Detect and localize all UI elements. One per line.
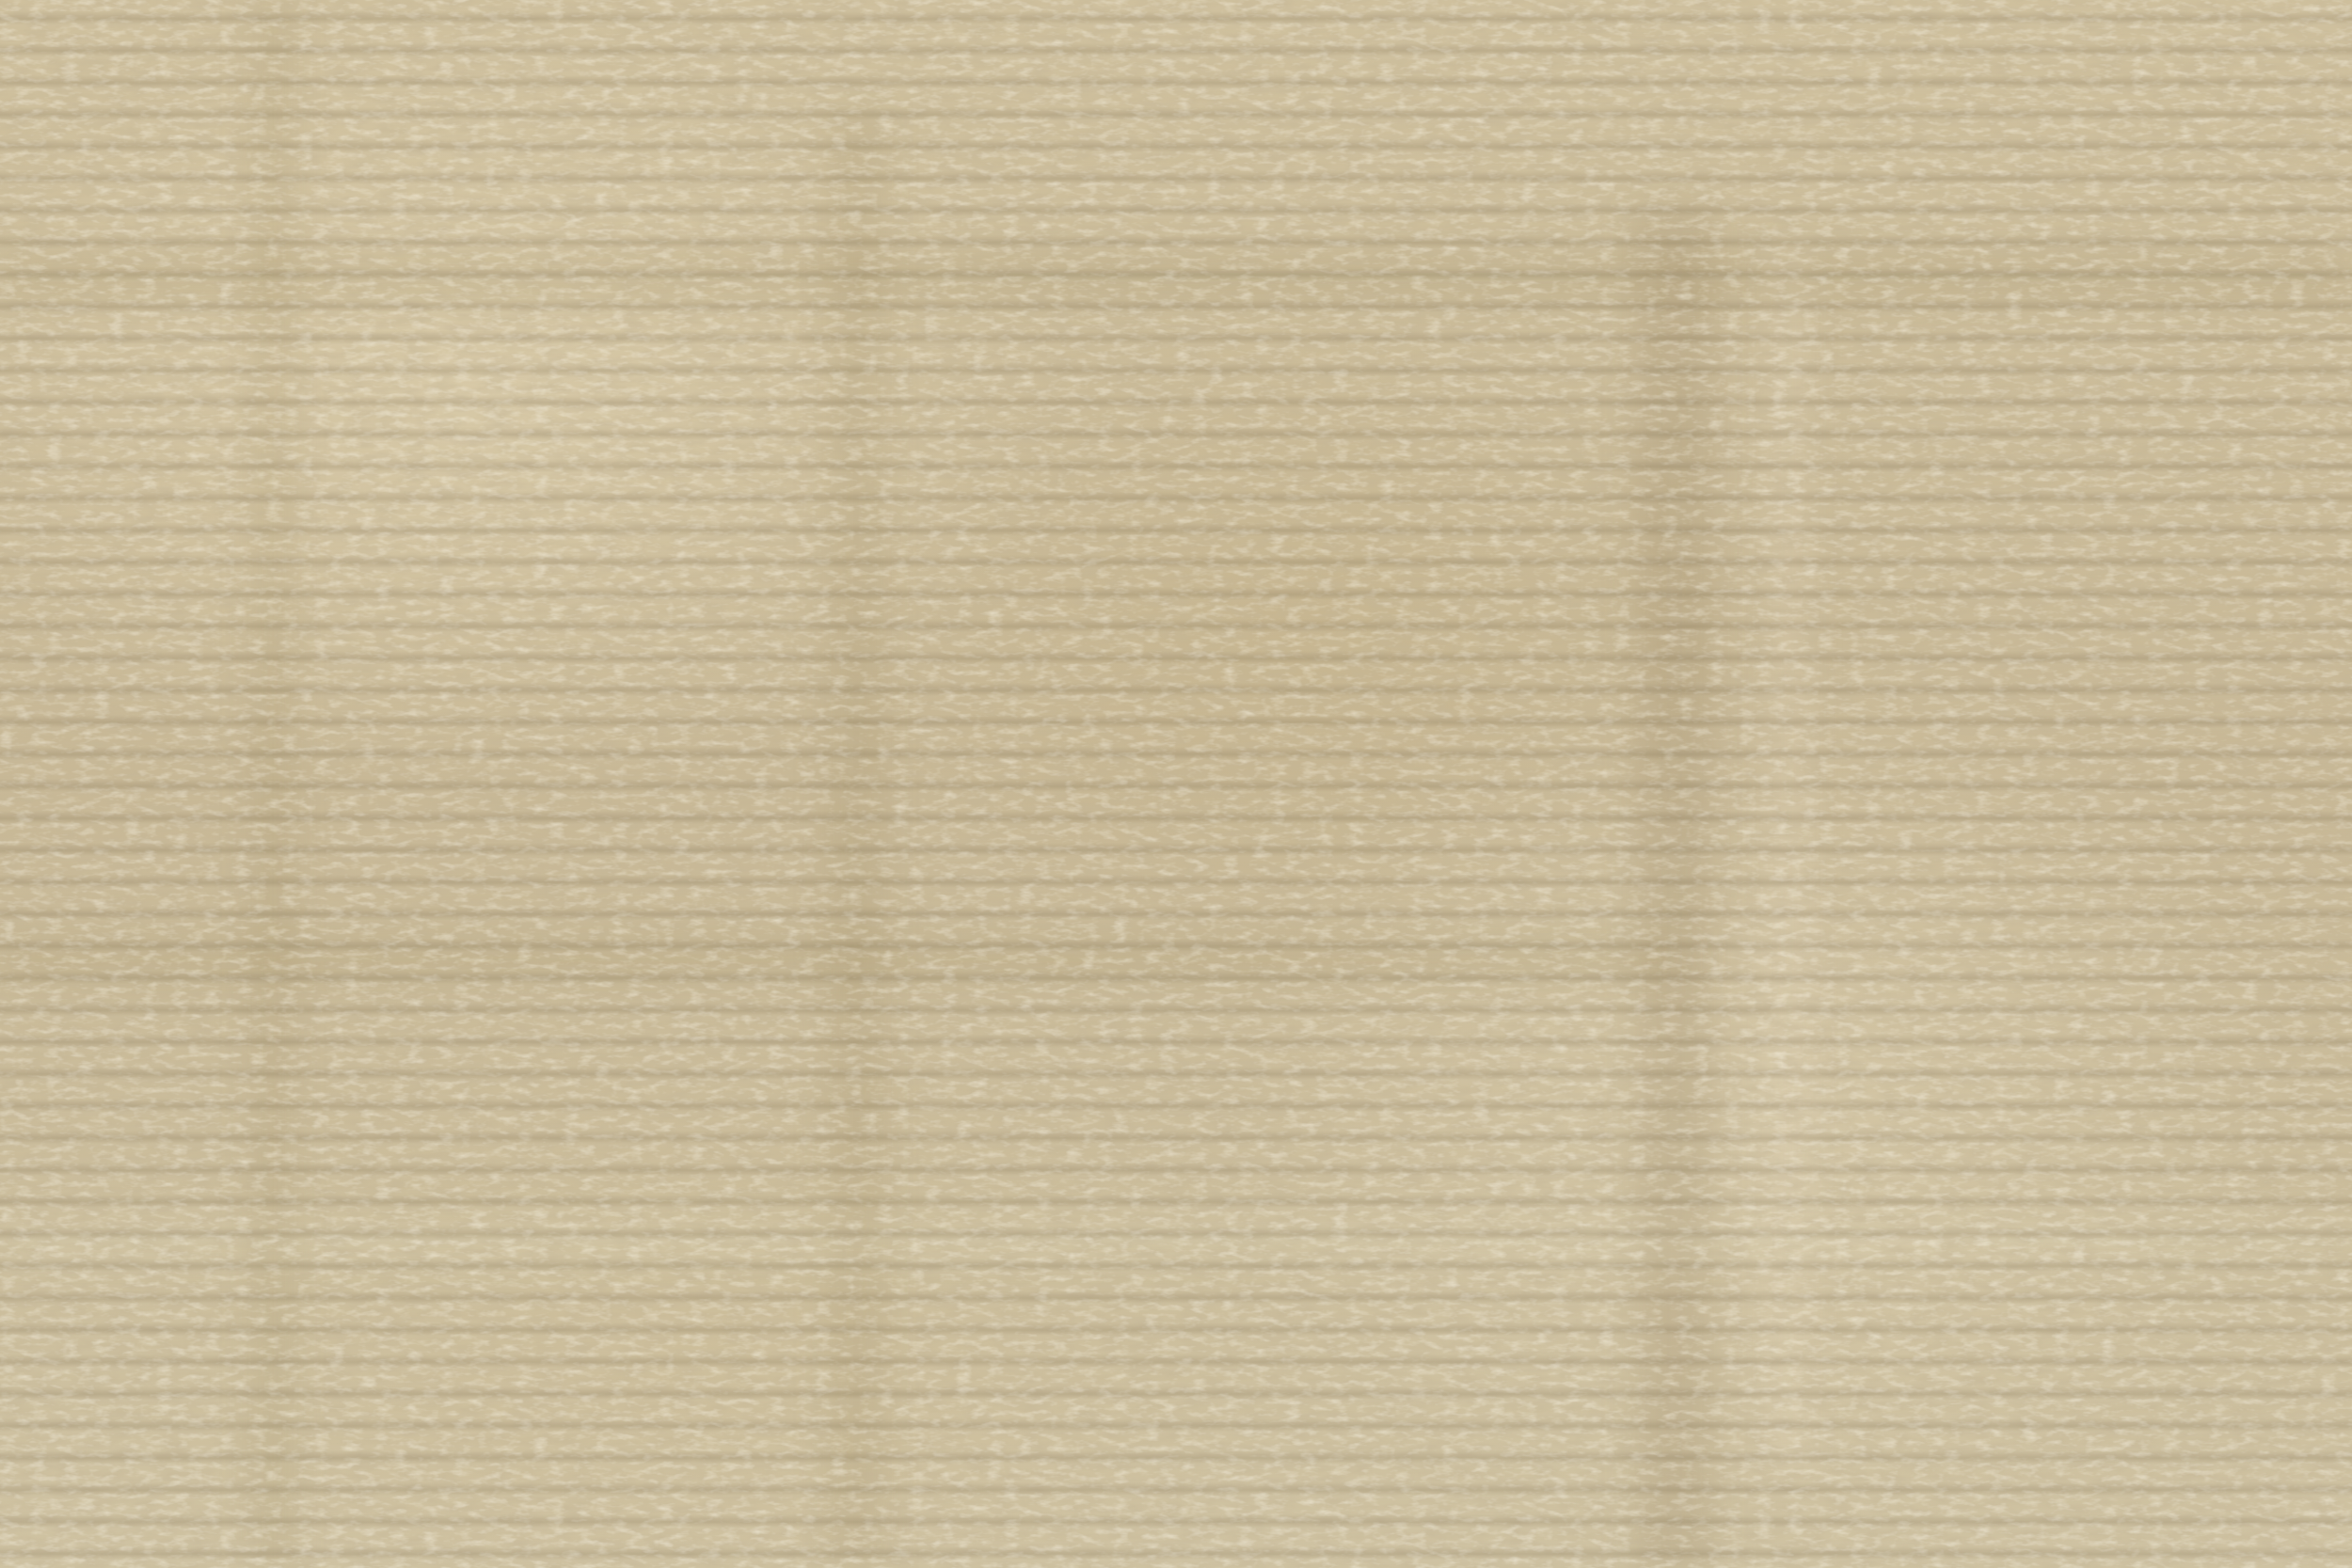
knot-rows xyxy=(0,0,2352,1568)
rug-texture-photo xyxy=(0,0,2352,1568)
